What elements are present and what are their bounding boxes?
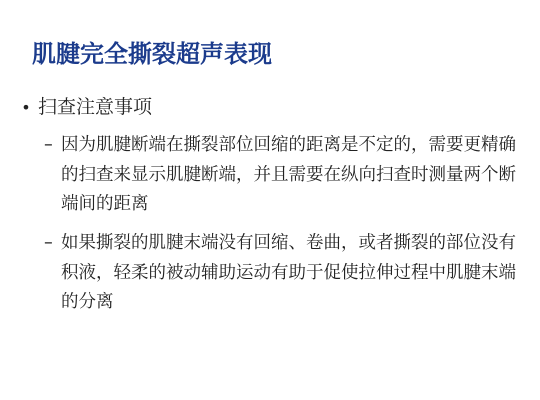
sub-bullet-item: – 如果撕裂的肌腱末端没有回缩、卷曲，或者撕裂的部位没有积液，轻柔的被动辅助运动…: [44, 229, 524, 318]
bullet-dot-icon: •: [14, 98, 38, 117]
sub-bullet-text: 如果撕裂的肌腱末端没有回缩、卷曲，或者撕裂的部位没有积液，轻柔的被动辅助运动有助…: [61, 229, 524, 318]
dash-marker-icon: –: [44, 229, 58, 259]
slide-title: 肌腱完全撕裂超声表现: [32, 34, 272, 69]
sub-bullet-item: – 因为肌腱断端在撕裂部位回缩的距离是不定的，需要更精确的扫查来显示肌腱断端，并…: [44, 131, 524, 220]
dash-marker-icon: –: [44, 131, 58, 161]
sub-bullet-text: 因为肌腱断端在撕裂部位回缩的距离是不定的，需要更精确的扫查来显示肌腱断端，并且需…: [61, 131, 524, 220]
bullet-label: 扫查注意事项: [38, 96, 152, 118]
bullet-item-scan-notes: •扫查注意事项: [14, 92, 534, 119]
